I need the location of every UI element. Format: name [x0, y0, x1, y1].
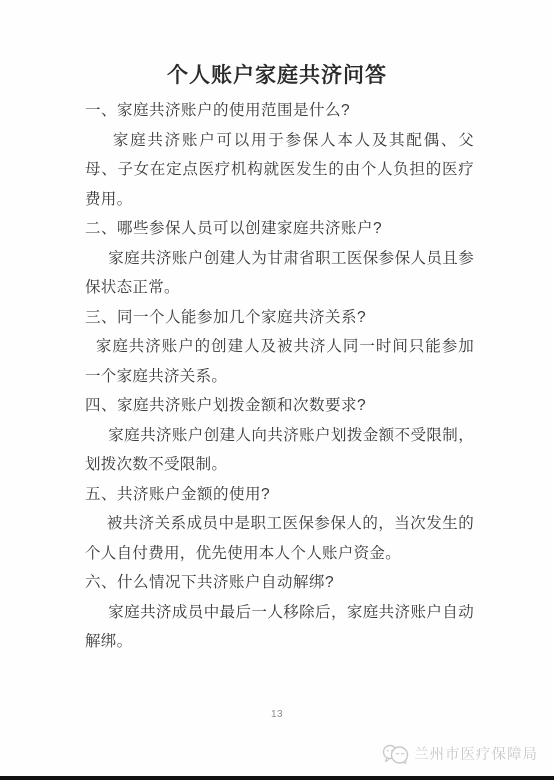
bottom-divider [0, 776, 554, 780]
question-6: 六、什么情况下共济账户自动解绑? [85, 568, 474, 598]
page-title: 个人账户家庭共济问答 [0, 60, 554, 92]
question-5: 五、共济账户金额的使用? [85, 480, 474, 510]
answer-3: 家庭共济账户的创建人及被共济人同一时间只能参加一个家庭共济关系。 [85, 332, 474, 391]
answer-5: 被共济关系成员中是职工医保参保人的，当次发生的个人自付费用，优先使用本人个人账户… [85, 509, 474, 568]
question-1: 一、家庭共济账户的使用范围是什么? [85, 96, 474, 126]
answer-1: 家庭共济账户可以用于参保人本人及其配偶、父母、子女在定点医疗机构就医发生的由个人… [85, 126, 474, 215]
answer-6: 家庭共济成员中最后一人移除后，家庭共济账户自动解绑。 [85, 598, 474, 657]
document-page: 个人账户家庭共济问答 一、家庭共济账户的使用范围是什么?家庭共济账户可以用于参保… [0, 0, 554, 784]
watermark: 兰州市医疗保障局 [382, 743, 538, 764]
question-2: 二、哪些参保人员可以创建家庭共济账户? [85, 214, 474, 244]
answer-4: 家庭共济账户创建人向共济账户划拨金额不受限制，划拨次数不受限制。 [85, 421, 474, 480]
watermark-label: 兰州市医疗保障局 [414, 743, 538, 764]
question-3: 三、同一个人能参加几个家庭共济关系? [85, 303, 474, 333]
page-number: 13 [0, 709, 554, 720]
qa-list: 一、家庭共济账户的使用范围是什么?家庭共济账户可以用于参保人本人及其配偶、父母、… [85, 96, 474, 657]
chat-bubbles-icon [382, 744, 409, 764]
question-4: 四、家庭共济账户划拨金额和次数要求? [85, 391, 474, 421]
answer-2: 家庭共济账户创建人为甘肃省职工医保参保人员且参保状态正常。 [85, 244, 474, 303]
